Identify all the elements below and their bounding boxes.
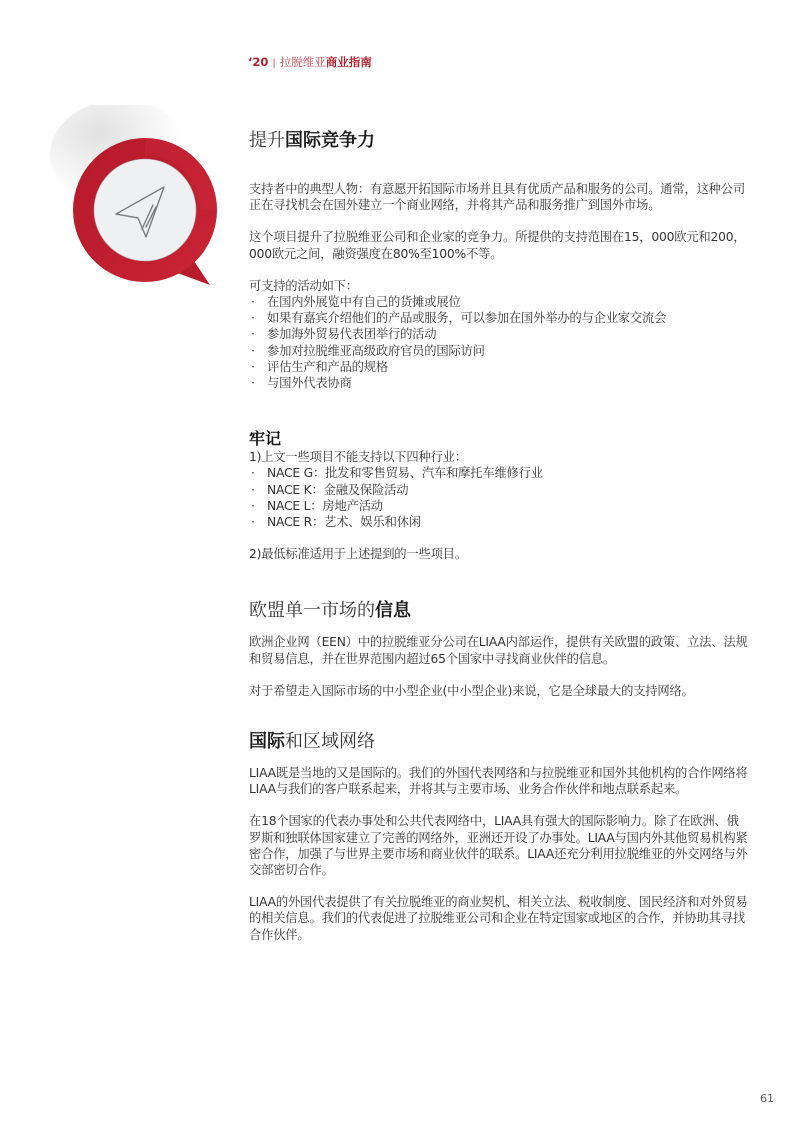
list-item: ·参加海外贸易代表团举行的活动 [249, 326, 749, 342]
list-item-text: NACE R：艺术、娱乐和休闲 [267, 515, 421, 529]
title-bold: 国际 [249, 731, 285, 752]
header-year: ‘20 [248, 55, 268, 69]
list-item: ·参加对拉脱维亚高级政府官员的国际访问 [249, 343, 749, 359]
list-item: ·评估生产和产品的规格 [249, 359, 749, 375]
list-item-text: 参加海外贸易代表团举行的活动 [267, 327, 436, 341]
header-separator: | [272, 58, 275, 69]
header-title-bold: 商业指南 [326, 55, 372, 69]
paragraph: LIAA既是当地的又是国际的。我们的外国代表网络和与拉脱维亚和国外其他机构的合作… [249, 765, 749, 797]
section-title-competitiveness: 提升国际竞争力 [249, 128, 749, 154]
bullet-icon: · [251, 343, 255, 359]
activities-intro: 可支持的活动如下： [249, 278, 749, 294]
paper-plane-speech-bubble-icon [50, 105, 240, 300]
paragraph: LIAA的外国代表提供了有关拉脱维亚的商业契机、相关立法、税收制度、国民经济和对… [249, 894, 749, 943]
bullet-icon: · [251, 375, 255, 391]
section-title-networks: 国际和区域网络 [249, 729, 749, 755]
section-title-eu-market: 欧盟单一市场的信息 [249, 598, 749, 624]
title-light: 提升 [249, 130, 285, 151]
excluded-sectors-list: ·NACE G：批发和零售贸易、汽车和摩托车维修行业 ·NACE K：金融及保险… [249, 465, 749, 530]
remember-note-2: 2)最低标准适用于上述提到的一些项目。 [249, 546, 749, 562]
list-item: ·在国内外展览中有自己的货摊或展位 [249, 294, 749, 310]
list-item: ·如果有嘉宾介绍他们的产品或服务，可以参加在国外举办的与企业家交流会 [249, 310, 749, 326]
list-item: ·与国外代表协商 [249, 375, 749, 391]
activities-list: ·在国内外展览中有自己的货摊或展位 ·如果有嘉宾介绍他们的产品或服务，可以参加在… [249, 294, 749, 391]
title-light: 和区域网络 [285, 731, 375, 752]
page-number: 61 [760, 1092, 774, 1105]
list-item: ·NACE L：房地产活动 [249, 498, 749, 514]
list-item-text: 如果有嘉宾介绍他们的产品或服务，可以参加在国外举办的与企业家交流会 [267, 311, 666, 325]
paragraph: 对于希望走入国际市场的中小型企业(中小型企业)来说，它是全球最大的支持网络。 [249, 683, 749, 699]
title-bold: 国际竞争力 [285, 130, 375, 151]
list-item-text: 参加对拉脱维亚高级政府官员的国际访问 [267, 344, 485, 358]
bullet-icon: · [251, 310, 255, 326]
bullet-icon: · [251, 326, 255, 342]
list-item-text: 在国内外展览中有自己的货摊或展位 [267, 295, 461, 309]
title-light: 欧盟单一市场的 [249, 600, 375, 621]
paragraph: 在18个国家的代表办事处和公共代表网络中，LIAA具有强大的国际影响力。除了在欧… [249, 813, 749, 878]
bullet-icon: · [251, 359, 255, 375]
list-item-text: NACE L：房地产活动 [267, 499, 383, 513]
page-content: 提升国际竞争力 支持者中的典型人物：有意愿开拓国际市场并且具有优质产品和服务的公… [249, 128, 749, 943]
remember-note-1: 1)上文一些项目不能支持以下四种行业： [249, 449, 749, 465]
section-title-remember: 牢记 [249, 429, 749, 449]
title-bold: 信息 [375, 600, 411, 621]
bullet-icon: · [251, 482, 255, 498]
list-item-text: 与国外代表协商 [267, 376, 352, 390]
paragraph: 欧洲企业网（EEN）中的拉脱维亚分公司在LIAA内部运作，提供有关欧盟的政策、立… [249, 634, 749, 666]
list-item: ·NACE K：金融及保险活动 [249, 482, 749, 498]
list-item-text: NACE K：金融及保险活动 [267, 483, 408, 497]
bullet-icon: · [251, 498, 255, 514]
paragraph: 支持者中的典型人物：有意愿开拓国际市场并且具有优质产品和服务的公司。通常，这种公… [249, 181, 749, 213]
list-item-text: 评估生产和产品的规格 [267, 360, 388, 374]
running-header: ‘20|拉脱维亚商业指南 [248, 55, 372, 71]
list-item: ·NACE G：批发和零售贸易、汽车和摩托车维修行业 [249, 465, 749, 481]
bullet-icon: · [251, 465, 255, 481]
header-title-light: 拉脱维亚 [280, 55, 326, 69]
bullet-icon: · [251, 514, 255, 530]
list-item: ·NACE R：艺术、娱乐和休闲 [249, 514, 749, 530]
bullet-icon: · [251, 294, 255, 310]
list-item-text: NACE G：批发和零售贸易、汽车和摩托车维修行业 [267, 466, 543, 480]
paragraph: 这个项目提升了拉脱维亚公司和企业家的竞争力。所提供的支持范围在15，000欧元和… [249, 229, 749, 261]
